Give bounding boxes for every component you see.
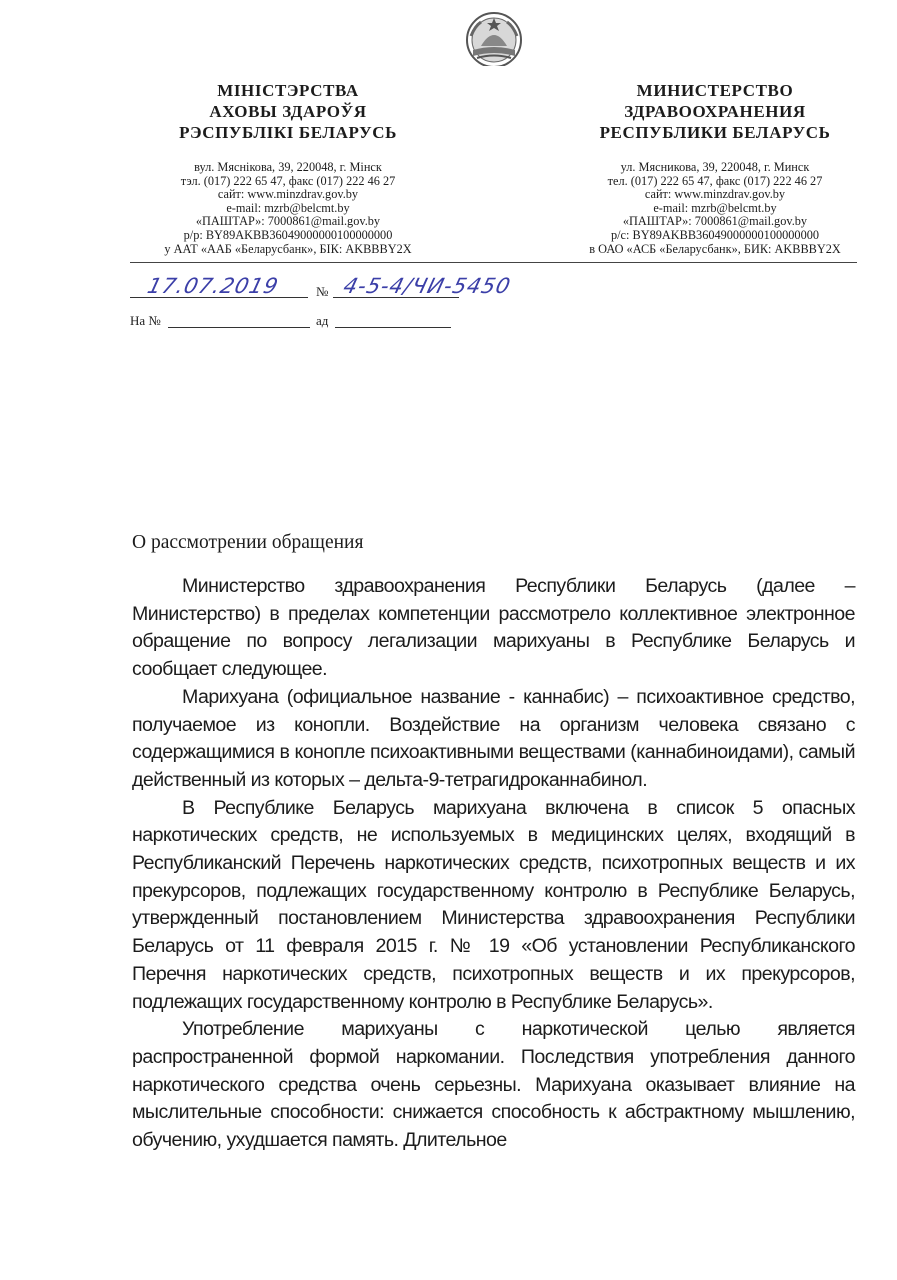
paragraph: Употребление марихуаны с наркотической ц… — [132, 1016, 855, 1155]
registration-row: 17.07.2019 № 4-5-4/ЧИ-5450 — [130, 273, 560, 299]
phone-fax: тел. (017) 222 65 47, факс (017) 222 46 … — [545, 175, 885, 189]
bank-name: у ААТ «ААБ «Беларусбанк», БІК: AKBBBY2X — [118, 243, 458, 257]
state-emblem-icon — [459, 6, 529, 66]
org-name-be: МІНІСТЭРСТВА АХОВЫ ЗДАРОЎЯ РЭСПУБЛІКІ БЕ… — [118, 80, 458, 143]
header-divider — [130, 262, 857, 263]
org-name-line: МІНІСТЭРСТВА — [118, 80, 458, 101]
org-name-ru: МИНИСТЕРСТВО ЗДРАВООХРАНЕНИЯ РЕСПУБЛИКИ … — [545, 80, 885, 143]
bank-account: р/с: BY89AKBB36049000000100000000 — [545, 229, 885, 243]
paragraph: Министерство здравоохранения Республики … — [132, 573, 855, 684]
reply-reference-row: На № ад — [130, 313, 560, 333]
reply-to-label: На № — [130, 313, 161, 329]
contacts-be: вул. Мяснікова, 39, 220048, г. Мінск тэл… — [118, 161, 458, 256]
email: e-mail: mzrb@belcmt.by — [545, 202, 885, 216]
letter-body: Министерство здравоохранения Республики … — [132, 573, 855, 1155]
org-name-line: МИНИСТЕРСТВО — [545, 80, 885, 101]
email: e-mail: mzrb@belcmt.by — [118, 202, 458, 216]
website: сайт: www.minzdrav.gov.by — [545, 188, 885, 202]
header-russian: МИНИСТЕРСТВО ЗДРАВООХРАНЕНИЯ РЕСПУБЛИКИ … — [545, 80, 885, 256]
handwritten-number: 4-5-4/ЧИ-5450 — [341, 274, 513, 298]
org-name-line: РЕСПУБЛИКИ БЕЛАРУСЬ — [545, 122, 885, 143]
pashtar-email: «ПАШТАР»: 7000861@mail.gov.by — [545, 215, 885, 229]
address: вул. Мяснікова, 39, 220048, г. Мінск — [118, 161, 458, 175]
reply-from-label: ад — [316, 313, 328, 329]
bank-account: р/р: BY89AKBB36049000000100000000 — [118, 229, 458, 243]
pashtar-email: «ПАШТАР»: 7000861@mail.gov.by — [118, 215, 458, 229]
org-name-line: РЭСПУБЛІКІ БЕЛАРУСЬ — [118, 122, 458, 143]
letter-subject: О рассмотрении обращения — [132, 532, 363, 554]
reply-number-underline — [168, 327, 310, 328]
org-name-line: АХОВЫ ЗДАРОЎЯ — [118, 101, 458, 122]
number-label: № — [316, 284, 328, 300]
org-name-line: ЗДРАВООХРАНЕНИЯ — [545, 101, 885, 122]
phone-fax: тэл. (017) 222 65 47, факс (017) 222 46 … — [118, 175, 458, 189]
contacts-ru: ул. Мясникова, 39, 220048, г. Минск тел.… — [545, 161, 885, 256]
address: ул. Мясникова, 39, 220048, г. Минск — [545, 161, 885, 175]
paragraph: В Республике Беларусь марихуана включена… — [132, 795, 855, 1017]
header-belarusian: МІНІСТЭРСТВА АХОВЫ ЗДАРОЎЯ РЭСПУБЛІКІ БЕ… — [118, 80, 458, 256]
handwritten-date: 17.07.2019 — [145, 274, 281, 298]
reply-date-underline — [335, 327, 451, 328]
paragraph: Марихуана (официальное название - каннаб… — [132, 684, 855, 795]
bank-name: в ОАО «АСБ «Беларусбанк», БИК: AKBBBY2X — [545, 243, 885, 257]
website: сайт: www.minzdrav.gov.by — [118, 188, 458, 202]
